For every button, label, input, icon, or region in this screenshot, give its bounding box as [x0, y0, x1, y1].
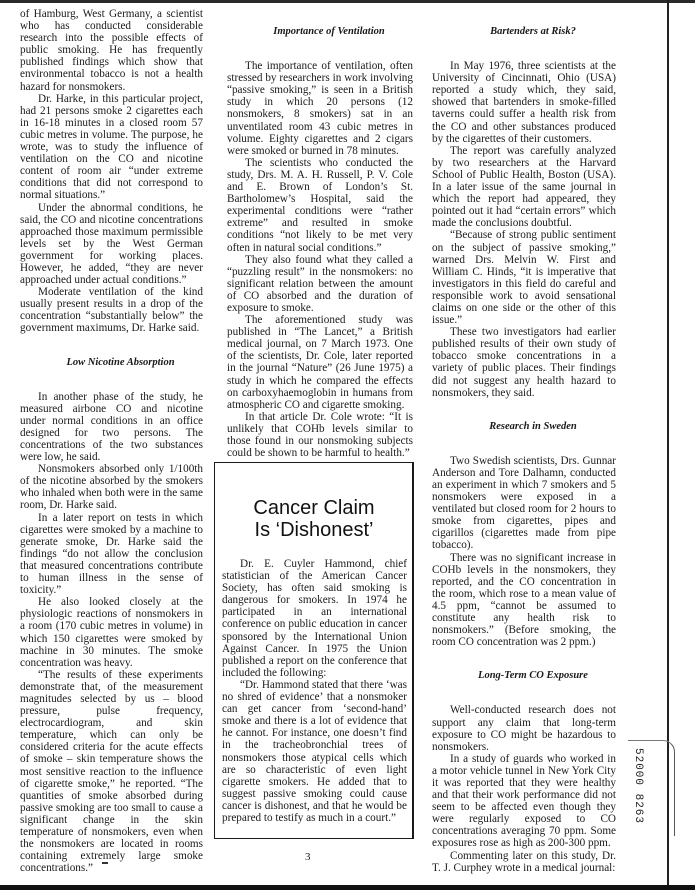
section-heading-sweden: Research in Sweden — [432, 421, 616, 433]
scan-bottom-edge — [0, 885, 695, 890]
column-2: Importance of Ventilation The importance… — [227, 26, 413, 459]
sidebar-box-cancer-claim: Cancer Claim Is ‘Dishonest’ Dr. E. Cuyle… — [214, 462, 413, 839]
paragraph: In that article Dr. Cole wrote: “It is u… — [227, 411, 413, 459]
scan-top-edge — [0, 0, 695, 3]
paragraph: Nonsmokers absorbed only 1/100th of the … — [20, 463, 203, 511]
paragraph: “Dr. Hammond stated that there ‘was no s… — [222, 679, 407, 824]
paragraph: Commenting later on this study, Dr. T. J… — [432, 850, 616, 874]
column-3: Bartenders at Risk? In May 1976, three s… — [432, 26, 616, 874]
paragraph: They also found what they called a “puzz… — [227, 254, 413, 314]
column-1: of Hamburg, West Germany, a scientist wh… — [20, 8, 203, 874]
paragraph: “Because of strong public sentiment on t… — [432, 229, 616, 326]
paragraph: The report was carefully analyzed by two… — [432, 145, 616, 230]
paragraph: In a later report on tests in which ciga… — [20, 512, 203, 597]
box-title-line-2: Is ‘Dishonest’ — [215, 519, 413, 541]
paragraph: In a study of guards who worked in a mot… — [432, 753, 616, 850]
paragraph: Well-conducted research does not support… — [432, 704, 616, 752]
section-heading-bartenders: Bartenders at Risk? — [432, 26, 616, 38]
box-title-line-1: Cancer Claim — [215, 497, 413, 519]
paragraph: Dr. E. Cuyler Hammond, chief statisticia… — [222, 558, 407, 679]
box-body: Dr. E. Cuyler Hammond, chief statisticia… — [215, 558, 413, 824]
box-title: Cancer Claim Is ‘Dishonest’ — [215, 497, 413, 541]
paragraph: Under the abnormal conditions, he said, … — [20, 202, 203, 287]
paragraph: He also looked closely at the physiologi… — [20, 596, 203, 669]
scan-mark — [102, 862, 108, 864]
section-heading-long-term-co: Long-Term CO Exposure — [432, 670, 616, 682]
section-heading-ventilation: Importance of Ventilation — [227, 26, 413, 38]
section-heading-low-nicotine: Low Nicotine Absorption — [20, 357, 203, 369]
paragraph: In May 1976, three scientists at the Uni… — [432, 60, 616, 145]
paragraph: There was no significant increase in COH… — [432, 552, 616, 649]
bates-stamp-number: 52000 8263 — [632, 748, 644, 824]
page-number: 3 — [305, 851, 311, 863]
paragraph: Moderate ventilation of the kind usually… — [20, 286, 203, 334]
paragraph: “The results of these experiments demons… — [20, 669, 203, 875]
paragraph: Two Swedish scientists, Drs. Gunnar Ande… — [432, 455, 616, 552]
paragraph: The aforementioned study was published i… — [227, 314, 413, 411]
paragraph: In another phase of the study, he measur… — [20, 391, 203, 464]
paragraph: Dr. Harke, in this particular project, h… — [20, 93, 203, 202]
paragraph: These two investigators had earlier publ… — [432, 326, 616, 399]
paragraph: of Hamburg, West Germany, a scientist wh… — [20, 8, 203, 93]
box-right-border — [412, 462, 414, 839]
paragraph: The scientists who conducted the study, … — [227, 157, 413, 254]
paragraph: The importance of ventilation, often str… — [227, 60, 413, 157]
